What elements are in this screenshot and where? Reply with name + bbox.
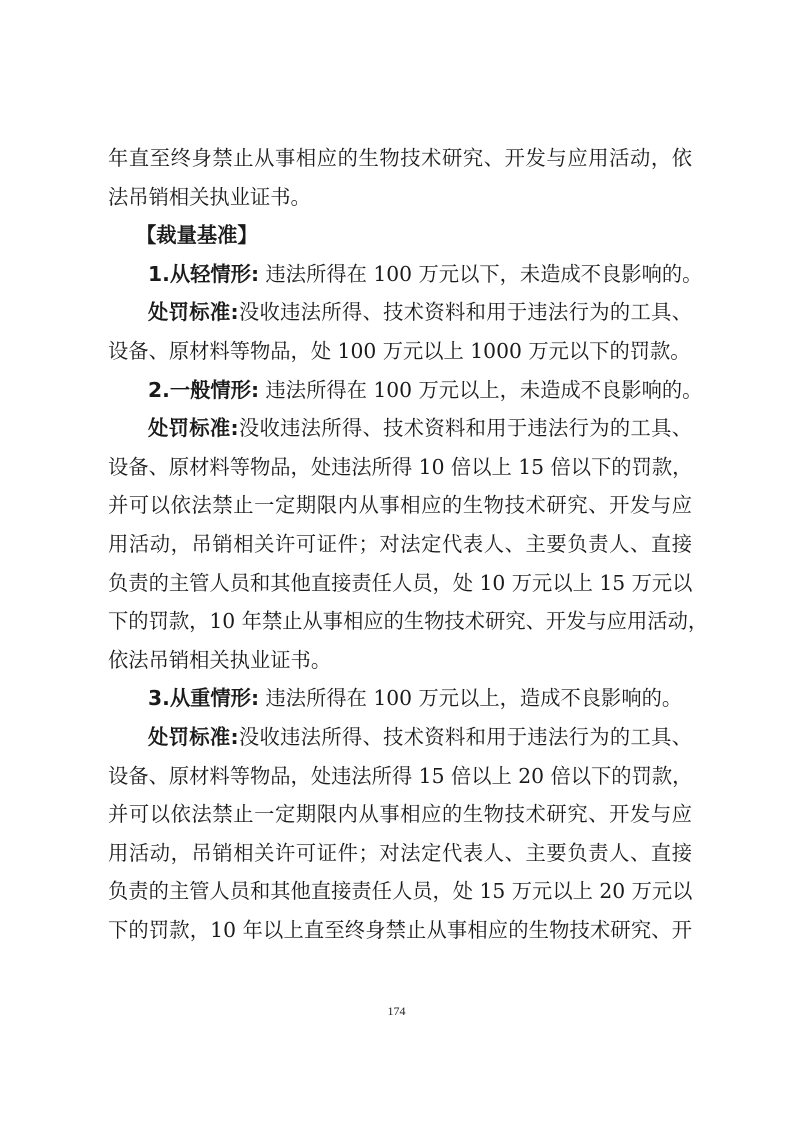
case-3-penalty-line: 负责的主管人员和其他直接责任人员，处 15 万元以上 20 万元以 (108, 872, 692, 911)
case-2-penalty-line: 并可以依法禁止一定期限内从事相应的生物技术研究、开发与应 (108, 486, 692, 525)
case-2-condition-text: 违法所得在 100 万元以上，未造成不良影响的。 (266, 378, 703, 402)
case-2-penalty-line: 依法吊销相关执业证书。 (108, 641, 692, 680)
continuation-line-2: 法吊销相关执业证书。 (108, 178, 692, 217)
section-heading: 【裁量基准】 (108, 216, 692, 255)
case-3-penalty-line: 设备、原材料等物品，处违法所得 15 倍以上 20 倍以下的罚款， (108, 757, 692, 796)
case-3-penalty-line: 下的罚款，10 年以上直至终身禁止从事相应的生物技术研究、开 (108, 911, 692, 950)
case-2-penalty-line: 设备、原材料等物品，处违法所得 10 倍以上 15 倍以下的罚款， (108, 448, 692, 487)
case-3-penalty-text: 没收违法所得、技术资料和用于违法行为的工具、 (239, 725, 692, 749)
case-1-penalty-line: 设备、原材料等物品，处 100 万元以上 1000 万元以下的罚款。 (108, 332, 692, 371)
case-1-condition: 1.从轻情形: 违法所得在 100 万元以下，未造成不良影响的。 (108, 255, 692, 294)
case-1-label: 1.从轻情形: (148, 262, 259, 286)
case-2-label: 2.一般情形: (148, 378, 259, 402)
case-2-penalty: 处罚标准:没收违法所得、技术资料和用于违法行为的工具、 (108, 409, 692, 448)
continuation-line-1: 年直至终身禁止从事相应的生物技术研究、开发与应用活动，依 (108, 139, 692, 178)
case-3-penalty-label: 处罚标准: (148, 725, 239, 749)
case-2-penalty-label: 处罚标准: (148, 416, 239, 440)
case-2-penalty-line: 负责的主管人员和其他直接责任人员，处 10 万元以上 15 万元以 (108, 564, 692, 603)
document-page: 年直至终身禁止从事相应的生物技术研究、开发与应用活动，依 法吊销相关执业证书。 … (108, 139, 692, 949)
case-2-penalty-line: 用活动，吊销相关许可证件；对法定代表人、主要负责人、直接 (108, 525, 692, 564)
case-1-penalty-label: 处罚标准: (148, 300, 239, 324)
case-1-condition-text: 违法所得在 100 万元以下，未造成不良影响的。 (266, 262, 703, 286)
case-3-condition-text: 违法所得在 100 万元以上，造成不良影响的。 (266, 686, 683, 710)
case-1-penalty-text: 没收违法所得、技术资料和用于违法行为的工具、 (239, 300, 692, 324)
case-2-condition: 2.一般情形: 违法所得在 100 万元以上，未造成不良影响的。 (108, 371, 692, 410)
case-3-penalty-line: 用活动，吊销相关许可证件；对法定代表人、主要负责人、直接 (108, 834, 692, 873)
case-3-label: 3.从重情形: (148, 686, 259, 710)
case-1-penalty: 处罚标准:没收违法所得、技术资料和用于违法行为的工具、 (108, 293, 692, 332)
case-3-penalty-line: 并可以依法禁止一定期限内从事相应的生物技术研究、开发与应 (108, 795, 692, 834)
case-3-condition: 3.从重情形: 违法所得在 100 万元以上，造成不良影响的。 (108, 679, 692, 718)
case-2-penalty-line: 下的罚款，10 年禁止从事相应的生物技术研究、开发与应用活动， (108, 602, 692, 641)
case-3-penalty: 处罚标准:没收违法所得、技术资料和用于违法行为的工具、 (108, 718, 692, 757)
case-2-penalty-text: 没收违法所得、技术资料和用于违法行为的工具、 (239, 416, 692, 440)
page-number: 174 (0, 1004, 793, 1019)
